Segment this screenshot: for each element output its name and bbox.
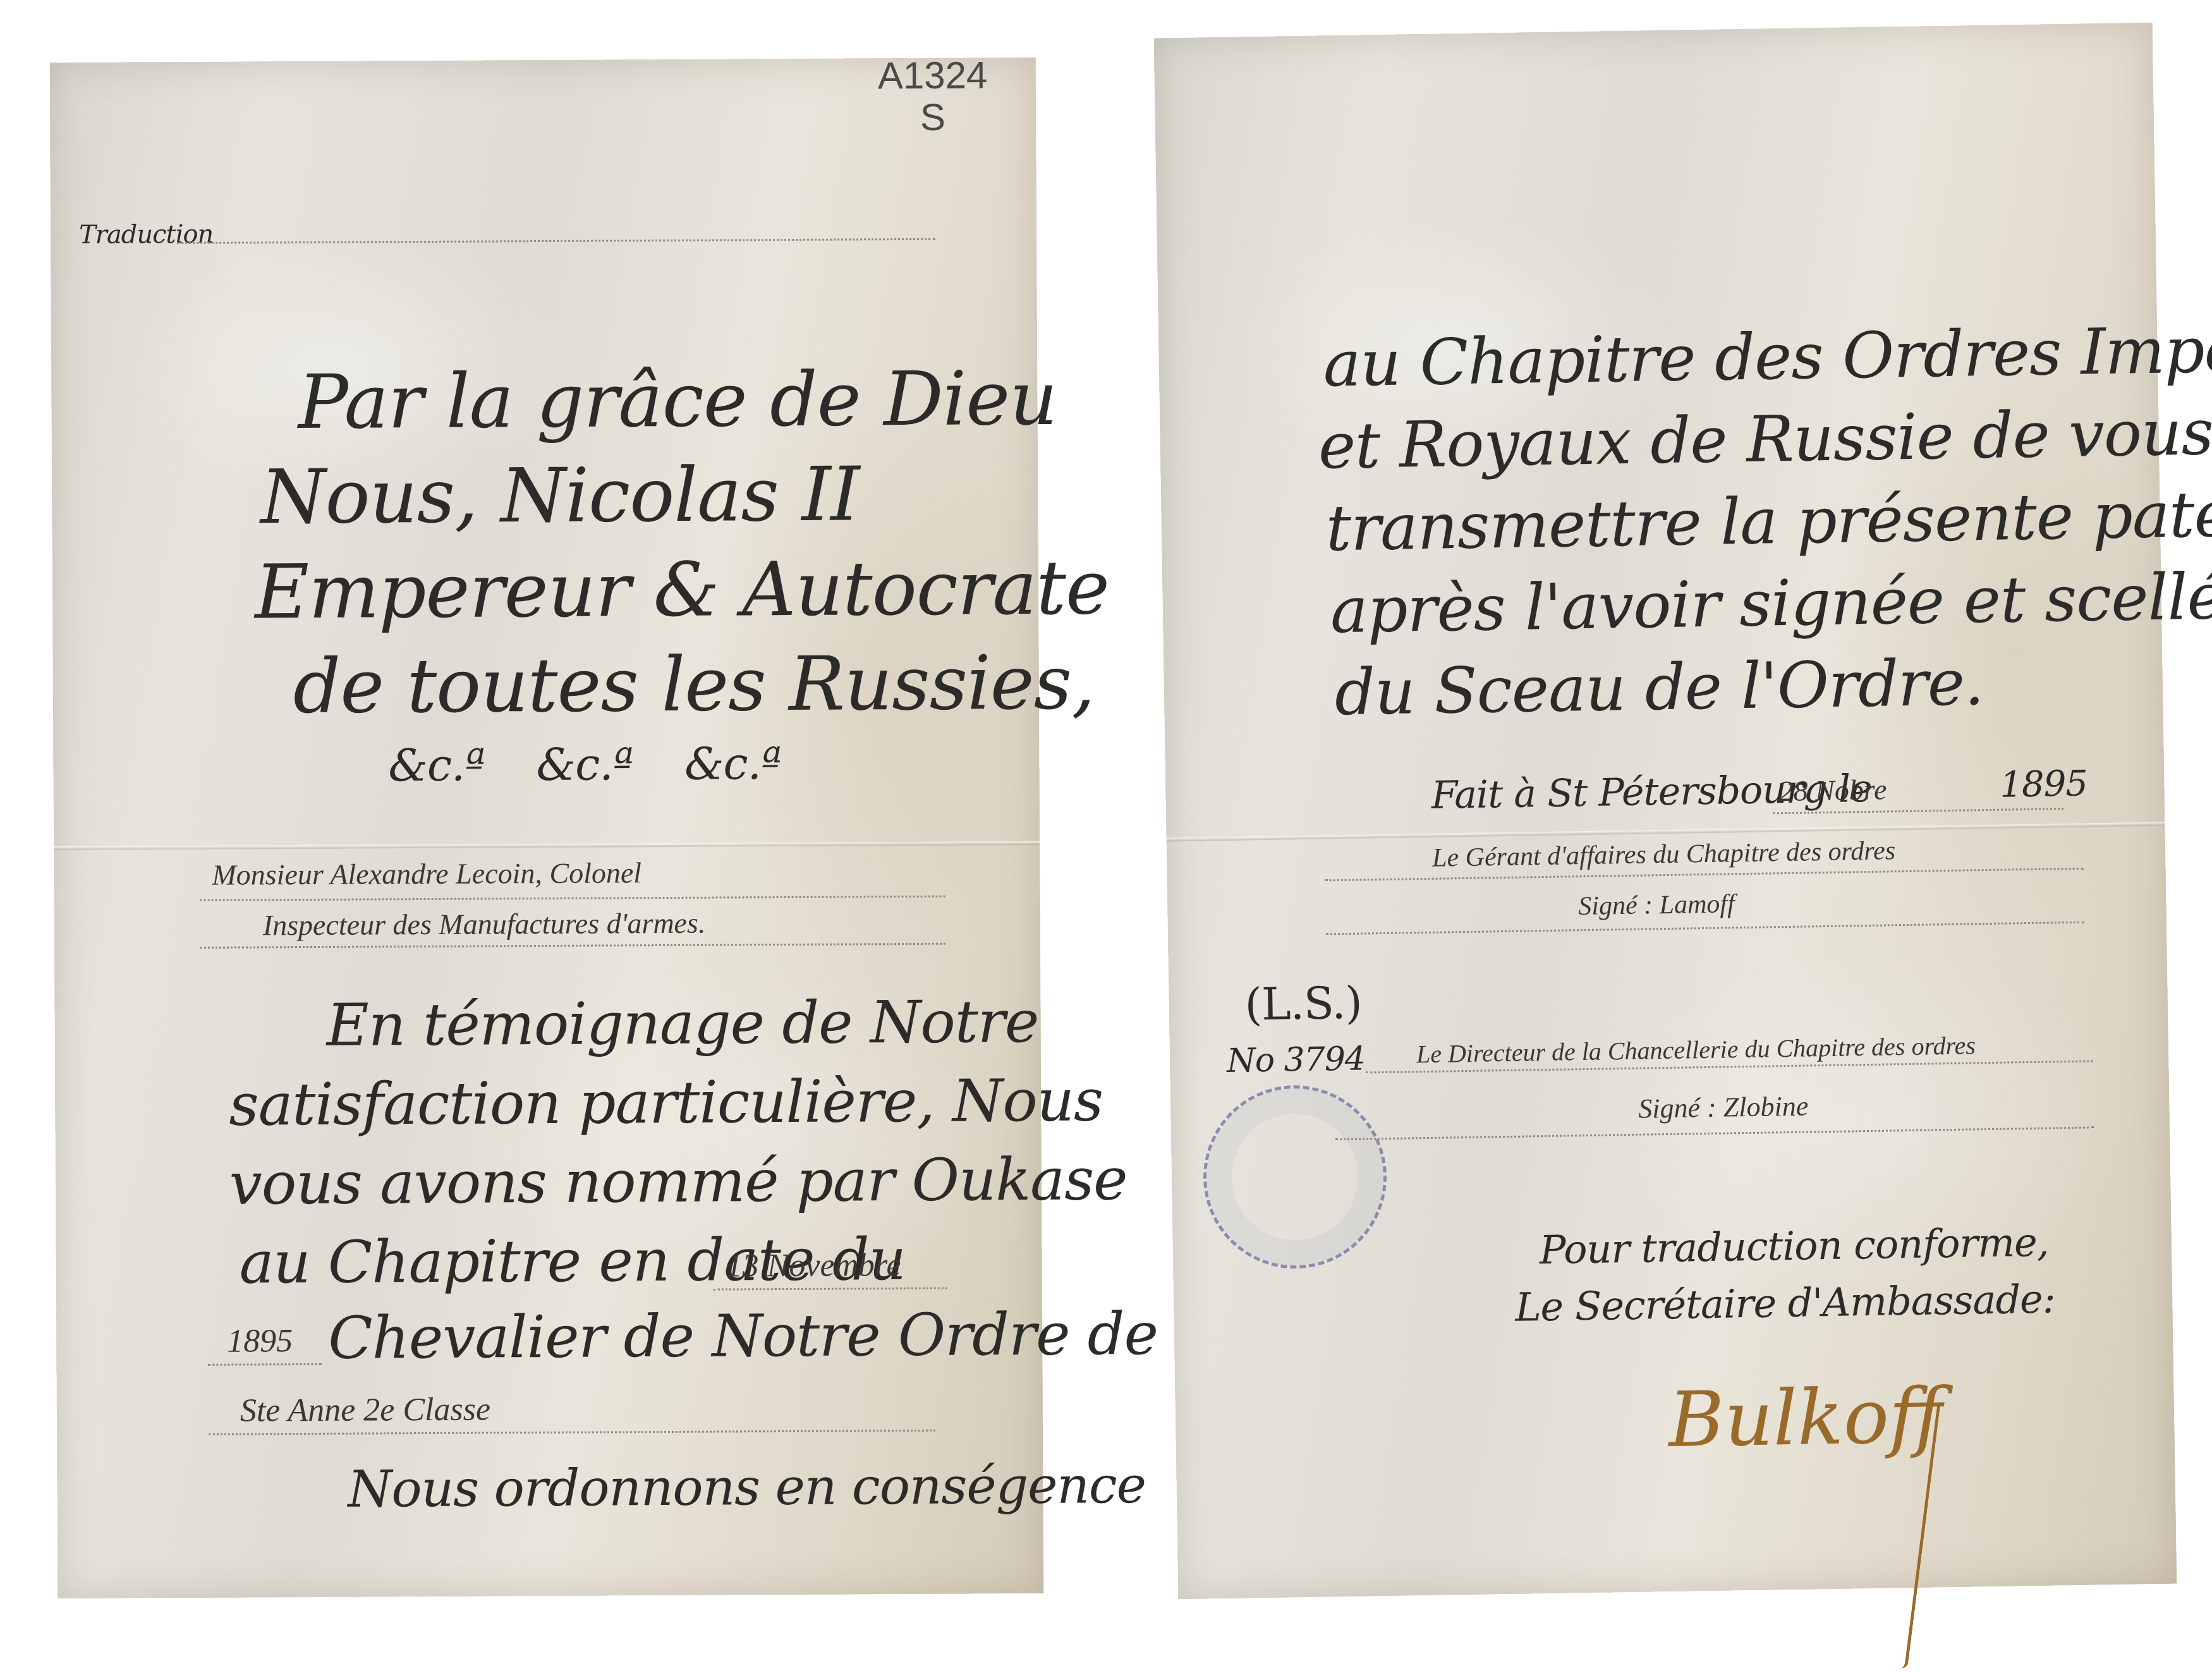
right-body-line-2: et Royaux de Russie de vous: [1318, 401, 2212, 478]
reference-mark-line1: A1324: [878, 54, 988, 97]
fold-crease: [54, 841, 1040, 850]
official1-signed-rule: [1326, 922, 2084, 935]
preamble-line-3: Empereur & Autocrate: [255, 550, 1109, 629]
header-label: Traduction: [79, 220, 213, 250]
body-line-3: vous avons nommé par Oukase: [229, 1150, 1127, 1213]
header-rule: [177, 238, 935, 244]
recipient-line-1: Monsieur Alexandre Lecoin, Colonel: [212, 856, 641, 892]
closing-line: Nous ordonnons en conségence: [348, 1460, 1146, 1515]
order-rule: [209, 1430, 935, 1435]
fold-crease: [1167, 822, 2165, 842]
place-date-day: 28 Nobre: [1778, 772, 1887, 808]
order-fill: Ste Anne 2e Classe: [240, 1390, 491, 1429]
official2-signed: Signé : Zlobine: [1638, 1090, 1809, 1125]
date-fill: 13 Novembre: [726, 1246, 901, 1284]
preamble-line-2: Nous, Nicolas II: [260, 456, 860, 534]
embassy-stamp-seal: [1202, 1084, 1389, 1270]
reference-mark-line2: S: [878, 96, 988, 138]
order-line: Chevalier de Notre Ordre de: [328, 1305, 1158, 1368]
preamble-line-4: de toutes les Russies,: [293, 645, 1095, 724]
seal-mark: (L.S.): [1244, 977, 1362, 1031]
preamble-line-1: Par la grâce de Dieu: [298, 361, 1057, 439]
certification-line-1: Pour traduction conforme,: [1539, 1219, 2049, 1274]
official1-title: Le Gérant d'affaires du Chapitre des ord…: [1432, 836, 1896, 873]
right-body-line-1: au Chapitre des Ordres Impériaux: [1323, 316, 2212, 396]
year-rule: [208, 1363, 322, 1366]
recipient-rule-1: [200, 896, 945, 901]
number-label: No 3794: [1227, 1040, 1366, 1080]
secretary-signature: Bulkoff: [1668, 1372, 1943, 1464]
right-body-line-4: après l'avoir signée et scellée: [1330, 564, 2212, 642]
recipient-rule-2: [200, 943, 945, 949]
year-fill: 1895: [227, 1322, 293, 1360]
body-line-1: En témoignage de Notre: [326, 993, 1038, 1055]
body-line-2: satisfaction particulière, Nous: [229, 1071, 1103, 1134]
recipient-line-2: Inspecteur des Manufactures d'armes.: [263, 906, 706, 942]
certification-line-2: Le Secrétaire d'Ambassade:: [1515, 1275, 2055, 1330]
official2-signed-rule: [1335, 1126, 2094, 1140]
left-document-page: A1324 S Traduction Par la grâce de Dieu …: [50, 58, 1044, 1598]
right-document-page: au Chapitre des Ordres Impériaux et Roya…: [1154, 23, 2177, 1600]
official1-signed: Signé : Lamoff: [1578, 889, 1735, 922]
right-body-line-5: du Sceau de l'Ordre.: [1334, 651, 1984, 724]
right-body-line-3: transmettre la présente patente: [1325, 481, 2212, 560]
preamble-etc: &c.ª &c.ª &c.ª: [388, 741, 781, 788]
reference-mark: A1324 S: [878, 54, 988, 138]
place-date-year: 1895: [2000, 763, 2088, 806]
